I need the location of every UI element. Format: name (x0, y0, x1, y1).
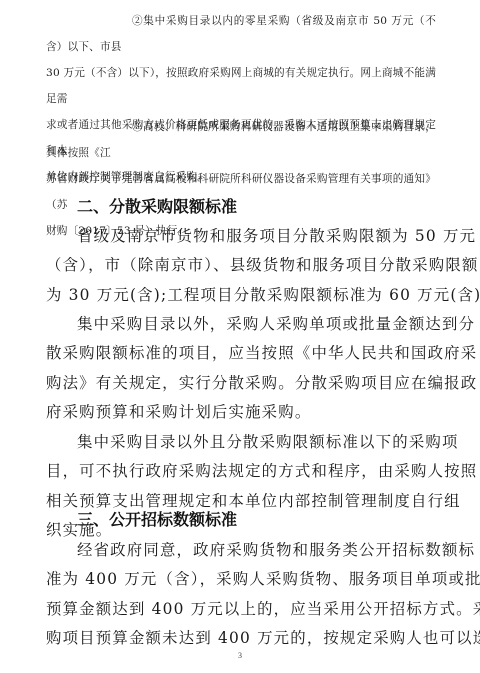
page-number: 3 (0, 651, 480, 660)
text-line: ②集中采购目录以内的零星采购（省级及南京市 50 万元（不含）以下、市县 (46, 8, 436, 60)
section-heading-2: 二、分散采购限额标准 (77, 196, 237, 218)
text-line: 省级及南京市货物和服务项目分散采购限额为 50 万元 (46, 222, 435, 251)
section-heading-3: 三、公开招标数额标准 (77, 509, 237, 531)
text-line: （含），市（除南京市）、县级货物和服务项目分散采购限额 (46, 251, 435, 280)
text-line: 目，可不执行政府采购法规定的方式和程序，由采购人按照 (46, 457, 435, 486)
text-line: 集中采购目录以外，采购人采购单项或批量金额达到分 (46, 310, 435, 339)
text-line: 府采购预算和采购计划后实施采购。 (46, 398, 435, 427)
text-line: 集中采购目录以外且分散采购限额标准以下的采购项 (46, 428, 435, 457)
outside-catalog-paragraph: 集中采购目录以外，采购人采购单项或批量金额达到分 散采购限额标准的项目，应当按照… (46, 310, 435, 427)
text-line: 购法》有关规定，实行分散采购。分散采购项目应在编报政 (46, 369, 435, 398)
text-line: 准为 400 万元（含），采购人采购货物、服务项目单项或批量 (46, 565, 435, 594)
text-line: 购项目预算金额未达到 400 万元的，按规定采购人也可以选 (46, 624, 435, 653)
text-line: 经省政府同意，政府采购货物和服务类公开招标数额标 (46, 536, 435, 565)
document-page: ②集中采购目录以内的零星采购（省级及南京市 50 万元（不含）以下、市县 30 … (0, 0, 480, 673)
limits-paragraph: 省级及南京市货物和服务项目分散采购限额为 50 万元 （含），市（除南京市）、县… (46, 222, 435, 310)
text-line: ③高校、科研院所采购科研仪器设备不适用以上集中采购目录，具体按照《江 (46, 114, 436, 166)
text-line: 散采购限额标准的项目，应当按照《中华人民共和国政府采 (46, 339, 435, 368)
text-line: 为 30 万元(含);工程项目分散采购限额标准为 60 万元(含)。 (46, 281, 435, 310)
text-line: 预算金额达到 400 万元以上的，应当采用公开招标方式。采 (46, 595, 435, 624)
text-line: 30 万元（不含）以下），按照政府采购网上商城的有关规定执行。网上商城不能满足需 (46, 60, 436, 112)
tender-paragraph: 经省政府同意，政府采购货物和服务类公开招标数额标 准为 400 万元（含），采购… (46, 536, 435, 653)
